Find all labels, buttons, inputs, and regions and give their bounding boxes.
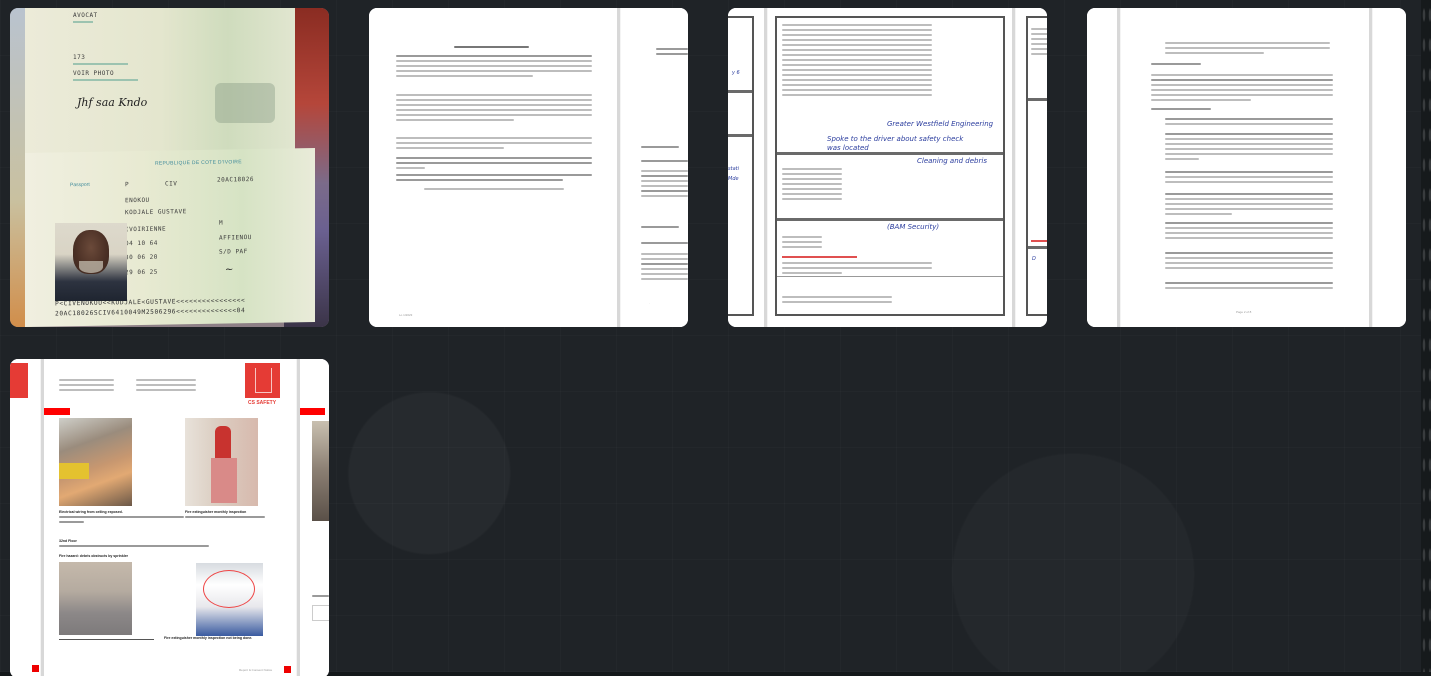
- page-marker: [32, 665, 39, 672]
- form-questions: [782, 262, 932, 277]
- form-divider: [777, 218, 1003, 221]
- beard: [79, 261, 103, 273]
- thumbnail-handwritten-form[interactable]: y 6 stati Mde Greater Westfield Engineer…: [728, 8, 1047, 327]
- safety-logo: [245, 363, 280, 398]
- paragraph: [1165, 42, 1330, 57]
- image-gallery-grid: AVOCAT 173 VOIR PHOTO Jhf saa Kndo REPUB…: [10, 8, 1406, 676]
- red-header-tab: [300, 408, 325, 415]
- field-label: [73, 79, 138, 81]
- paragraph: [424, 188, 564, 193]
- scrollbar-track[interactable]: [1421, 0, 1431, 676]
- safety-logo: [10, 363, 28, 398]
- handwriting-note: Spoke to the driver about safety check: [827, 135, 963, 143]
- text-block: [641, 146, 688, 151]
- page-separator: [1117, 8, 1120, 327]
- form-divider: [777, 276, 1003, 277]
- clause: [1165, 133, 1333, 163]
- photo-caption: Fire extinguisher monthly inspection not…: [164, 636, 252, 640]
- document-page: [1087, 8, 1117, 327]
- document-page: y 6 stati Mde: [728, 8, 764, 327]
- form-questions: [782, 296, 892, 306]
- passport-given-names: KODJALE GUSTAVE: [125, 208, 187, 216]
- text-block: [656, 48, 688, 58]
- form-questions: [782, 236, 822, 251]
- passport-surname: ENOKOU: [125, 197, 150, 204]
- caption-detail: [59, 516, 184, 526]
- thumbnail-contract-page[interactable]: Page 2 of 8: [1087, 8, 1406, 327]
- photo-inspection-tag: [196, 563, 263, 636]
- section-heading: [1151, 108, 1211, 113]
- document-page: ·: [621, 8, 688, 327]
- section-heading: [1151, 63, 1201, 68]
- clause: [1165, 171, 1333, 186]
- text-block: [312, 595, 329, 600]
- handwriting-note: (BAM Security): [887, 223, 939, 231]
- clause: [1165, 252, 1333, 272]
- passport-nationality: IVOIRIENNE: [125, 226, 166, 234]
- red-header-tab: [44, 408, 70, 415]
- clause: [1165, 118, 1333, 128]
- red-notice: [1031, 240, 1047, 242]
- text-block: [641, 160, 688, 165]
- document-page: Lo 1/2023: [369, 8, 617, 327]
- form-divider: [777, 152, 1003, 155]
- photo-fire-extinguisher: [185, 418, 258, 506]
- document-title: [454, 46, 529, 51]
- document-page: [1373, 8, 1406, 327]
- passport-date-of-expiry: 29 06 25: [125, 269, 158, 277]
- passport-profession: AVOCAT: [73, 12, 98, 19]
- passport-date-of-birth: 04 10 64: [125, 240, 158, 248]
- form-divider: [728, 134, 752, 137]
- extinguisher-stand: [211, 458, 237, 503]
- handwriting: Mde: [728, 176, 739, 182]
- floor-heading: 32nd Floor: [59, 539, 77, 543]
- page-separator: [617, 8, 620, 327]
- warning-sign: [59, 463, 89, 479]
- passport-country-code: CIV: [165, 180, 177, 187]
- form-questions: [1031, 28, 1047, 58]
- form-questions: [782, 24, 932, 99]
- paragraph: [396, 174, 592, 184]
- page-separator: [1012, 8, 1015, 327]
- document-footer: Report & Consent Notice: [239, 668, 272, 672]
- page-marker: [284, 666, 291, 673]
- document-page: Page 2 of 8: [1121, 8, 1369, 327]
- form-frame: y 6 stati Mde: [728, 16, 754, 316]
- document-footer: Page 2 of 8: [1236, 310, 1251, 314]
- text-block: [641, 253, 688, 283]
- form-divider: [1028, 246, 1047, 249]
- address-block: [136, 379, 196, 394]
- document-page: Greater Westfield Engineering Spoke to t…: [768, 8, 1012, 327]
- handwriting-note: Cleaning and debris: [917, 157, 987, 165]
- photo-caption: Electrical wiring from ceiling exposed.: [59, 510, 123, 514]
- field-label: [73, 63, 128, 65]
- clause: [1165, 282, 1333, 292]
- photo-exposed-wiring: [59, 418, 132, 506]
- form-questions: [782, 168, 842, 203]
- clause: [1165, 193, 1333, 218]
- thumbnail-safety-report[interactable]: CS SAFETY Electrical wiring from ceiling…: [10, 359, 329, 676]
- passport-country-header: REPUBLIQUE DE COTE D'IVOIRE: [155, 159, 242, 167]
- passport-authority: S/D PAF: [219, 248, 248, 256]
- document-footer: Lo 1/2023: [399, 313, 412, 317]
- thumbnail-assignment-document[interactable]: Lo 1/2023 ·: [369, 8, 688, 327]
- form-divider: [728, 90, 752, 93]
- document-footer: ·: [649, 301, 650, 305]
- red-circle-annotation: [203, 570, 255, 608]
- passport-doc-label: Passport: [70, 182, 90, 188]
- text-block: [641, 242, 688, 247]
- safety-logo-text: CS SAFETY: [248, 400, 276, 406]
- photo-floor-debris: [59, 562, 132, 635]
- document-page: D: [1016, 8, 1047, 327]
- passport-mrz-line-2: 20AC18026SCIV6410049M2506296<<<<<<<<<<<<…: [55, 307, 245, 317]
- text-block: [641, 170, 688, 200]
- paragraph: [396, 94, 592, 124]
- passport-date-of-issue: 30 06 20: [125, 254, 158, 262]
- page-separator: [1369, 8, 1372, 327]
- text-block: [641, 226, 688, 231]
- form-frame: Greater Westfield Engineering Spoke to t…: [775, 16, 1005, 316]
- paragraph: [1151, 74, 1333, 104]
- form-frame: D: [1026, 16, 1047, 316]
- caption-detail: [185, 516, 265, 521]
- clause: [1165, 222, 1333, 242]
- passport-height: 173: [73, 54, 85, 61]
- handwriting: D: [1032, 256, 1036, 262]
- passport-type: P: [125, 181, 129, 188]
- passport-signature: Jhf saa Kndo: [77, 96, 147, 109]
- address-block: [59, 379, 114, 394]
- passport-holder-photo: [55, 223, 127, 301]
- field-label: [73, 21, 93, 23]
- handwriting: stati: [728, 166, 739, 172]
- floor-note: [59, 545, 209, 550]
- passport-place-of-birth: AFFIENOU: [219, 234, 252, 242]
- page-separator: [764, 8, 767, 327]
- thumbnail-passport[interactable]: AVOCAT 173 VOIR PHOTO Jhf saa Kndo REPUB…: [10, 8, 329, 327]
- passport-number: 20AC18026: [217, 176, 254, 184]
- handwriting-note: was located: [827, 144, 869, 152]
- form-field-partial: [312, 605, 329, 621]
- underline: [59, 639, 154, 640]
- paragraph: [396, 55, 592, 80]
- paragraph: [396, 157, 592, 172]
- ghost-photo: [215, 83, 275, 123]
- handwriting: y 6: [732, 70, 740, 76]
- form-divider: [1028, 98, 1047, 101]
- red-notice: [782, 256, 857, 258]
- passport-holder-signature: ~: [225, 264, 233, 275]
- passport-top-page: AVOCAT 173 VOIR PHOTO Jhf saa Kndo: [25, 8, 295, 153]
- photo-partial: [312, 421, 329, 521]
- passport-sex: M: [219, 220, 223, 227]
- document-page: [300, 359, 329, 676]
- photo-caption: Fire hazard: debris obstructs by sprinkl…: [59, 554, 128, 558]
- handwriting-company: Greater Westfield Engineering: [887, 120, 993, 128]
- document-page: CS SAFETY Electrical wiring from ceiling…: [44, 359, 296, 676]
- paragraph: [396, 137, 592, 152]
- document-page: [10, 359, 40, 676]
- photo-caption: Fire extinguisher monthly inspection: [185, 510, 246, 514]
- logo-building-icon: [255, 368, 272, 393]
- passport-distinguishing-marks: VOIR PHOTO: [73, 70, 114, 77]
